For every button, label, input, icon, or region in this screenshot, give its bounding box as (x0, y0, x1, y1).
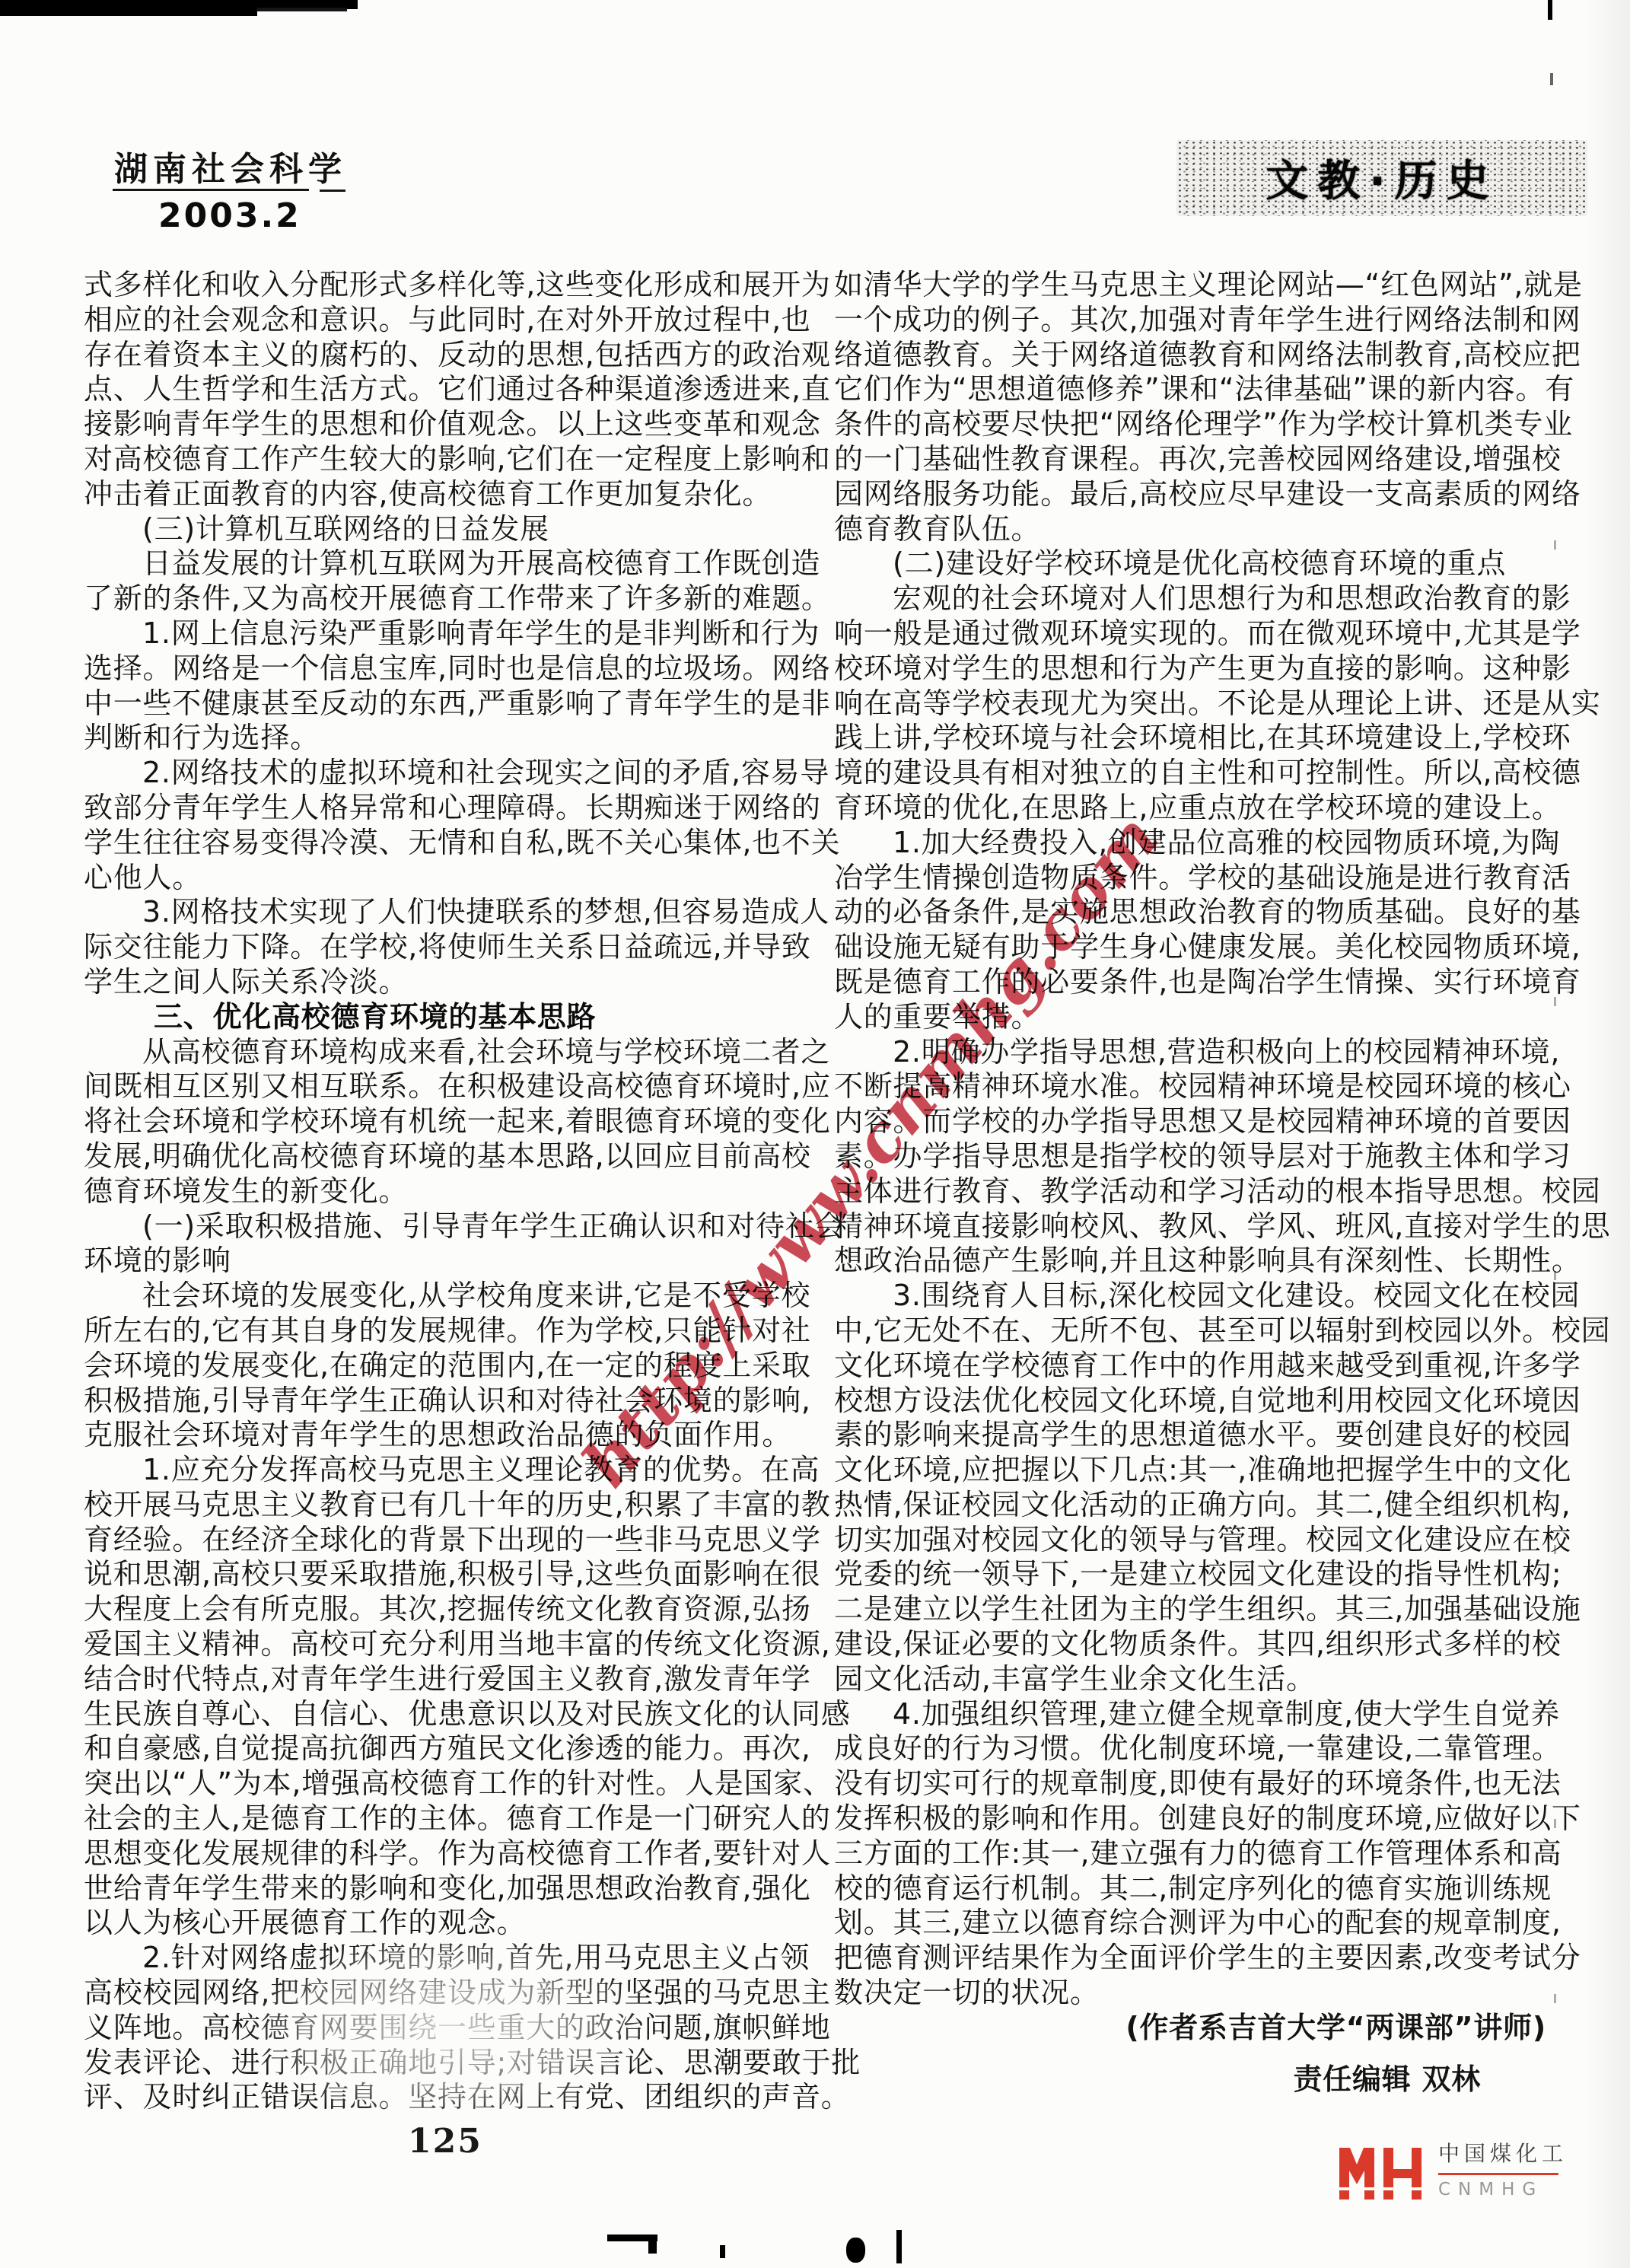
text-line: 不断提高精神环境水准。校园精神环境是校园环境的核心 (834, 1069, 1546, 1104)
text-line: 础设施无疑有助于学生身心健康发展。美化校园物质环境, (834, 930, 1546, 965)
text-line: 社会的主人,是德育工作的主体。德育工作是一门研究人的 (84, 1801, 796, 1836)
text-line: 2.针对网络虚拟环境的影响,首先,用马克思主义占领 (84, 1941, 796, 1976)
mh-logo-icon (1339, 2142, 1425, 2206)
text-line: 切实加强对校园文化的领导与管理。校园文化建设应在校 (834, 1523, 1546, 1558)
scan-artifact-tick (1554, 358, 1556, 367)
text-line: 评、及时纠正错误信息。坚持在网上有党、团组织的声音。 (84, 2080, 796, 2115)
text-line: 划。其三,建立以德育综合测评为中心的配套的规章制度, (834, 1906, 1546, 1941)
text-line: 大程度上会有所克服。其次,挖掘传统文化教育资源,弘扬 (84, 1592, 796, 1627)
text-line: 际交往能力下降。在学校,将使师生关系日益疏远,并导致 (84, 930, 796, 965)
text-line: 了新的条件,又为高校开展德育工作带来了许多新的难题。 (84, 581, 796, 616)
text-line: 发展,明确优化高校德育环境的基本思路,以回应目前高校 (84, 1139, 796, 1174)
text-line: 结合时代特点,对青年学生进行爱国主义教育,激发青年学 (84, 1662, 796, 1697)
text-line: 文化环境,应把握以下几点:其一,准确地把握学生中的文化 (834, 1453, 1546, 1488)
scan-artifact-mark (846, 2238, 865, 2263)
journal-issue: 2003.2 (158, 196, 301, 235)
text-line: 日益发展的计算机互联网为开展高校德育工作既创造 (84, 546, 796, 581)
text-line: 1.应充分发挥高校马克思主义理论教育的优势。在高 (84, 1453, 796, 1488)
text-line: 学生之间人际关系冷淡。 (84, 965, 796, 1000)
text-line: 校环境对学生的思想和行为产生更为直接的影响。这种影 (834, 651, 1546, 686)
text-line: 突出以“人”为本,增强高校德育工作的针对性。人是国家、 (84, 1766, 796, 1801)
scan-artifact-mark (1548, 0, 1552, 20)
scan-artifact-tick (1554, 1819, 1556, 1828)
text-line: 所左右的,它有其自身的发展规律。作为学校,只能针对社 (84, 1314, 796, 1349)
text-line: 和自豪感,自觉提高抗御西方殖民文化渗透的能力。再次, (84, 1731, 796, 1766)
text-line: 建设,保证必要的文化物质条件。其四,组织形式多样的校 (834, 1627, 1546, 1662)
text-line: 世给青年学生带来的影响和变化,加强思想政治教育,强化 (84, 1871, 796, 1906)
text-line: 想政治品德产生影响,并且这种影响具有深刻性、长期性。 (834, 1244, 1546, 1279)
scan-artifact-bar (257, 8, 347, 11)
text-line: 践上讲,学校环境与社会环境相比,在其环境建设上,学校环 (834, 721, 1546, 756)
text-line: (作者系吉首大学“两课部”讲师) (834, 2011, 1546, 2046)
text-line: 响在高等学校表现尤为突出。不论是从理论上讲、还是从实 (834, 686, 1546, 721)
text-line: 园文化活动,丰富学生业余文化生活。 (834, 1662, 1546, 1697)
text-line: 社会环境的发展变化,从学校角度来讲,它是不受学校 (84, 1279, 796, 1314)
text-line: 校的德育运行机制。其二,制定序列化的德育实施训练规 (834, 1871, 1546, 1906)
text-line: 三方面的工作:其一,建立强有力的德育工作管理体系和高 (834, 1836, 1546, 1871)
text-line: 1.网上信息污染严重影响青年学生的是非判断和行为 (84, 616, 796, 651)
text-line: 它们作为“思想道德修养”课和“法律基础”课的新内容。有 (834, 372, 1546, 407)
text-line: 积极措施,引导青年学生正确认识和对待社会环境的影响, (84, 1384, 796, 1419)
text-line: 间既相互区别又相互联系。在积极建设高校德育环境时,应 (84, 1069, 796, 1104)
page-edge-shade (1584, 0, 1630, 2268)
scan-artifact-mark (648, 2235, 657, 2254)
text-line: 1.加大经费投入,创建品位高雅的校园物质环境,为陶 (834, 826, 1546, 861)
text-line: 冶学生情操创造物质条件。学校的基础设施是进行教育活 (834, 861, 1546, 896)
text-line: 校开展马克思主义教育已有几十年的历史,积累了丰富的教 (84, 1488, 796, 1523)
text-line: 以人为核心开展德育工作的观念。 (84, 1906, 796, 1941)
text-line: 从高校德育环境构成来看,社会环境与学校环境二者之 (84, 1035, 796, 1070)
text-line: (三)计算机互联网络的日益发展 (84, 512, 796, 547)
text-line: 德育教育队伍。 (834, 512, 1546, 547)
text-line: 生民族自尊心、自信心、优患意识以及对民族文化的认同感 (84, 1697, 796, 1732)
text-line: 响一般是通过微观环境实现的。而在微观环境中,尤其是学 (834, 616, 1546, 651)
text-line: 将社会环境和学校环境有机统一起来,着眼德育环境的变化 (84, 1104, 796, 1139)
text-line: 3.围绕育人目标,深化校园文化建设。校园文化在校园 (834, 1279, 1546, 1314)
text-line: 环境的影响 (84, 1244, 796, 1279)
text-line: 学生往往容易变得冷漠、无情和自私,既不关心集体,也不关 (84, 826, 796, 861)
page-number: 125 (408, 2122, 482, 2161)
text-line: 宏观的社会环境对人们思想行为和思想政治教育的影 (834, 581, 1546, 616)
text-line: 的一门基础性教育课程。再次,完善校园网络建设,增强校 (834, 442, 1546, 477)
text-line: 数决定一切的状况。 (834, 1976, 1546, 2011)
masthead-dash (320, 190, 345, 192)
scan-artifact-tick (1554, 1545, 1556, 1554)
scan-artifact-mark (720, 2245, 725, 2258)
text-line: 育经验。在经济全球化的背景下出现的一些非马克思义学 (84, 1523, 796, 1558)
text-line: 园网络服务功能。最后,高校应尽早建设一支高素质的网络 (834, 477, 1546, 512)
text-line: 三、优化高校德育环境的基本思路 (84, 1000, 796, 1035)
masthead-underline (113, 189, 309, 191)
text-line: 义阵地。高校德育网要围绕一些重大的政治问题,旗帜鲜地 (84, 2011, 796, 2046)
text-line: 高校校园网络,把校园网络建设成为新型的坚强的马克思主 (84, 1976, 796, 2011)
publisher-logo: 中国煤化工 CNMHG (1339, 2137, 1568, 2206)
text-line: 4.加强组织管理,建立健全规章制度,使大学生自觉养 (834, 1697, 1546, 1732)
text-line: 点、人生哲学和生活方式。它们通过各种渠道渗透进来,直 (84, 372, 796, 407)
text-line: 主体进行教育、教学活动和学习活动的根本指导思想。校园 (834, 1174, 1546, 1209)
text-line: 致部分青年学生人格异常和心理障碍。长期痴迷于网络的 (84, 791, 796, 826)
text-line: 没有切实可行的规章制度,即使有最好的环境条件,也无法 (834, 1766, 1546, 1801)
text-line: 热情,保证校园文化活动的正确方向。其二,健全组织机构, (834, 1488, 1546, 1523)
text-line: 2.网络技术的虚拟环境和社会现实之间的矛盾,容易导 (84, 756, 796, 791)
scanned-journal-page: 湖南社会科学 2003.2 文教·历史 式多样化和收入分配形式多样化等,这些变化… (0, 0, 1630, 2268)
text-line: 如清华大学的学生马克思主义理论网站—“红色网站”,就是 (834, 268, 1546, 303)
text-line: 素。办学指导思想是指学校的领导层对于施教主体和学习 (834, 1139, 1546, 1174)
text-line: 境的建设具有相对独立的自主性和可控制性。所以,高校德 (834, 756, 1546, 791)
text-line: 3.网格技术实现了人们快捷联系的梦想,但容易造成人 (84, 895, 796, 930)
scan-artifact-tick (1554, 1271, 1556, 1280)
text-line: 式多样化和收入分配形式多样化等,这些变化形成和展开为 (84, 268, 796, 303)
text-line: 党委的统一领导下,一是建立校园文化建设的指导性机构; (834, 1557, 1546, 1592)
text-line: 育环境的优化,在思路上,应重点放在学校环境的建设上。 (834, 791, 1546, 826)
text-line: 会环境的发展变化,在确定的范围内,在一定的程度上采取 (84, 1349, 796, 1384)
logo-name-en: CNMHG (1438, 2180, 1568, 2200)
scan-artifact-bar (0, 8, 257, 16)
text-line: 克服社会环境对青年学生的思想政治品德的负面作用。 (84, 1418, 796, 1453)
scan-artifact-mark (1550, 73, 1553, 85)
text-line: 校想方设法优化校园文化环境,自觉地利用校园文化环境因 (834, 1384, 1546, 1419)
text-line: 成良好的行为习惯。优化制度环境,一靠建设,二靠管理。 (834, 1731, 1546, 1766)
text-line: 发表评论、进行积极正确地引导;对错误言论、思潮要敢于批 (84, 2046, 796, 2081)
text-line: 冲击着正面教育的内容,使高校德育工作更加复杂化。 (84, 477, 796, 512)
text-line: 条件的高校要尽快把“网络伦理学”作为学校计算机类专业 (834, 407, 1546, 442)
section-label-box: 文教·历史 (1176, 140, 1587, 216)
text-line: (二)建设好学校环境是优化高校德育环境的重点 (834, 546, 1546, 581)
article-right-column: 如清华大学的学生马克思主义理论网站—“红色网站”,就是一个成功的例子。其次,加强… (834, 268, 1546, 2097)
text-line: 判断和行为选择。 (84, 721, 796, 756)
text-line: 人的重要举措。 (834, 1000, 1546, 1035)
text-line: 动的必备条件,是实施思想政治教育的物质基础。良好的基 (834, 895, 1546, 930)
text-line: 把德育测评结果作为全面评价学生的主要因素,改变考试分 (834, 1941, 1546, 1976)
text-line: 2.明确办学指导思想,营造积极向上的校园精神环境, (834, 1035, 1546, 1070)
text-line: 说和思潮,高校只要采取措施,积极引导,这些负面影响在很 (84, 1557, 796, 1592)
text-line: 内容。而学校的办学指导思想又是校园精神环境的首要因 (834, 1104, 1546, 1139)
logo-rule (1438, 2173, 1558, 2175)
scan-artifact-tick (1554, 997, 1556, 1006)
text-line: 思想变化发展规律的科学。作为高校德育工作者,要针对人 (84, 1836, 796, 1871)
section-label: 文教·历史 (1265, 148, 1498, 209)
text-line: 相应的社会观念和意识。与此同时,在对外开放过程中,也 (84, 303, 796, 338)
scan-artifact-mark (896, 2230, 902, 2263)
text-line: 对高校德育工作产生较大的影响,它们在一定程度上影响和 (84, 442, 796, 477)
text-line: 络道德教育。关于网络道德教育和网络法制教育,高校应把 (834, 338, 1546, 373)
text-line: (一)采取积极措施、引导青年学生正确认识和对待社会 (84, 1209, 796, 1244)
text-line: 精神环境直接影响校风、教风、学风、班风,直接对学生的思 (834, 1209, 1546, 1244)
journal-title: 湖南社会科学 (114, 142, 347, 190)
text-line: 文化环境在学校德育工作中的作用越来越受到重视,许多学 (834, 1349, 1546, 1384)
article-left-column: 式多样化和收入分配形式多样化等,这些变化形成和展开为相应的社会观念和意识。与此同… (84, 268, 796, 2115)
text-line: 责任编辑 双林 (834, 2063, 1546, 2098)
text-line: 存在着资本主义的腐朽的、反动的思想,包括西方的政治观 (84, 338, 796, 373)
text-line: 心他人。 (84, 861, 796, 896)
text-line: 接影响青年学生的思想和价值观念。以上这些变革和观念 (84, 407, 796, 442)
text-line: 中,它无处不在、无所不包、甚至可以辐射到校园以外。校园 (834, 1314, 1546, 1349)
text-line: 既是德育工作的必要条件,也是陶冶学生情操、实行环境育 (834, 965, 1546, 1000)
text-line: 选择。网络是一个信息宝库,同时也是信息的垃圾场。网络 (84, 651, 796, 686)
scan-artifact-tick (1554, 540, 1556, 549)
scan-artifact-tick (1554, 1994, 1556, 2003)
text-line: 二是建立以学生社团为主的学生组织。其三,加强基础设施 (834, 1592, 1546, 1627)
text-line: 德育环境发生的新变化。 (84, 1174, 796, 1209)
logo-name-cn: 中国煤化工 (1438, 2137, 1568, 2168)
text-line: 素的影响来提高学生的思想道德水平。要创建良好的校园 (834, 1418, 1546, 1453)
text-line: 发挥积极的影响和作用。创建良好的制度环境,应做好以下 (834, 1801, 1546, 1836)
text-line: 中一些不健康甚至反动的东西,严重影响了青年学生的是非 (84, 686, 796, 721)
scan-artifact-tick (1554, 723, 1556, 732)
text-line: 爱国主义精神。高校可充分利用当地丰富的传统文化资源, (84, 1627, 796, 1662)
text-line: 一个成功的例子。其次,加强对青年学生进行网络法制和网 (834, 303, 1546, 338)
